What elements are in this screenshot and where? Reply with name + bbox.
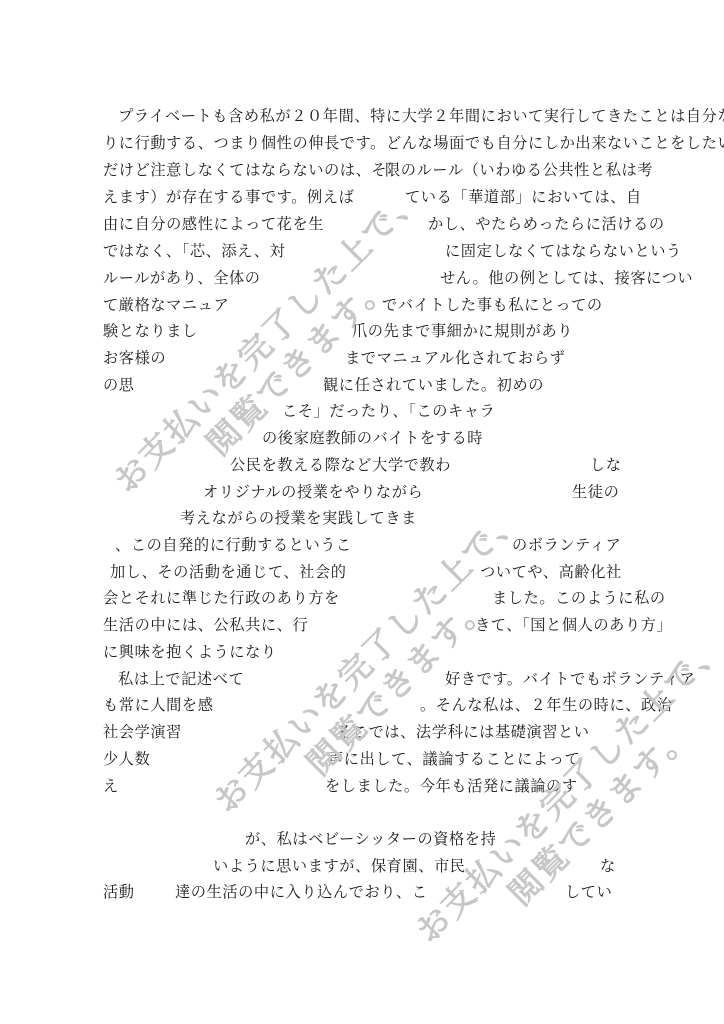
text-fragment: しな (590, 454, 622, 475)
text-line: 、この自発的に行動するというこのボランティア (0, 534, 724, 556)
text-fragment: に固定しなくてはならないという (445, 240, 682, 261)
text-line: 験となりまし爪の先まで事細かに規則があり (0, 320, 724, 342)
text-fragment: お客様の (103, 347, 166, 368)
text-fragment: きて、「国と個人のあり方」 (475, 614, 672, 635)
text-fragment: 社会学演習 (103, 721, 182, 742)
text-fragment: に興味を抱くようになり (103, 641, 277, 662)
text-line: も常に人間を感。そんな私は、２年生の時に、政治 (0, 694, 724, 716)
text-fragment: 声に出して、議論することによって (328, 748, 580, 769)
text-fragment: 限のルール（いわゆる公共性と私は考 (385, 159, 653, 180)
text-fragment: オリジナルの授業をやりながら (203, 481, 423, 502)
text-fragment: え (103, 775, 119, 796)
text-fragment: 験となりまし (103, 320, 198, 341)
text-fragment: 私は上で記述べて (118, 668, 244, 689)
text-fragment: 達の生活の中に入り込んでおり、こ (175, 881, 428, 902)
text-fragment: だけど注意しなくてはならないのは、そ (103, 159, 387, 180)
text-line: の後家庭教師のバイトをする時 (0, 427, 724, 449)
text-fragment: そこでは、法学科には基礎演習とい (337, 721, 590, 742)
text-fragment: て厳格なマニュア (103, 294, 229, 315)
text-fragment: ではなく、「芯、添え、対 (103, 240, 285, 261)
text-fragment: 活動 (103, 881, 135, 902)
text-line: 私は上で記述べて好きです。バイトでもボランティア (0, 668, 724, 690)
text-line: ルールがあり、全体のせん。他の例としては、接客につい (0, 267, 724, 289)
text-line: の思観に任されていました。初めの (0, 374, 724, 396)
text-fragment: してい (565, 881, 612, 902)
text-fragment: いように思いますが、保育園、市民 (213, 855, 466, 876)
text-line: 活動達の生活の中に入り込んでおり、こしてい (0, 881, 724, 903)
text-fragment: ました。このように私の (492, 587, 666, 608)
text-fragment: プライベートも含め私が２０年間、特に大学２年間において実行してきたことは自分な (118, 105, 724, 126)
text-line: が、私はベビーシッターの資格を持 (0, 828, 724, 850)
text-line: いように思いますが、保育園、市民な (0, 855, 724, 877)
text-fragment: かし、やたらめったらに活けるの (428, 213, 665, 234)
text-fragment: の思 (103, 374, 135, 395)
text-fragment: 加し、その活動を通じて、社会的 (110, 561, 347, 582)
text-line: 公民を教える際など大学で教わしな (0, 454, 724, 476)
text-fragment: 。そんな私は、２年生の時に、政治 (420, 694, 673, 715)
text-line: オリジナルの授業をやりながら生徒の (0, 481, 724, 503)
text-line: 考えながらの授業を実践してきま (0, 507, 724, 529)
text-fragment: 考えながらの授業を実践してきま (180, 507, 417, 528)
text-fragment: せん。他の例としては、接客につい (440, 267, 693, 288)
text-fragment: の後家庭教師のバイトをする時 (262, 427, 483, 448)
text-line: て厳格なマニュアでバイトした事も私にとっての (0, 294, 724, 316)
text-fragment: 観に任されていました。初めの (323, 374, 544, 395)
text-line: 加し、その活動を通じて、社会的ついてや、高齢化社 (0, 561, 724, 583)
text-fragment: 公民を教える際など大学で教わ (230, 454, 451, 475)
text-line: 社会学演習そこでは、法学科には基礎演習とい (0, 721, 724, 743)
text-fragment: 生活の中には、公私共に、行 (103, 614, 308, 635)
text-line: えをしました。今年も活発に議論のす (0, 775, 724, 797)
text-fragment: 生徒の (572, 481, 619, 502)
text-line: りに行動する、つまり個性の伸長です。どんな場面でも自分にしか出来ないことをしたい… (0, 132, 724, 154)
text-line: お客様のまでマニュアル化されておらず (0, 347, 724, 369)
text-fragment: までマニュアル化されておらず (345, 347, 565, 368)
text-line: ではなく、「芯、添え、対に固定しなくてはならないという (0, 240, 724, 262)
text-fragment: 、この自発的に行動するというこ (115, 534, 352, 555)
text-fragment: をしました。今年も活発に議論のす (325, 775, 578, 796)
text-fragment: 会とそれに準じた行政のあり方を (103, 587, 340, 608)
text-fragment: ている「華道部」においては、自 (405, 186, 642, 207)
document-page: プライベートも含め私が２０年間、特に大学２年間において実行してきたことは自分なり… (0, 0, 724, 1024)
text-line: えます）が存在する事です。例えばている「華道部」においては、自 (0, 186, 724, 208)
text-fragment: えます）が存在する事です。例えば (103, 186, 354, 207)
text-fragment: 少人数 (103, 748, 150, 769)
text-fragment: も常に人間を感 (103, 694, 214, 715)
text-line: だけど注意しなくてはならないのは、そ限のルール（いわゆる公共性と私は考 (0, 159, 724, 181)
text-fragment: ついてや、高齢化社 (480, 561, 622, 582)
text-fragment: が、私はベビーシッターの資格を持 (245, 828, 496, 849)
text-line: こそ」だったり、「このキャラ (0, 400, 724, 422)
text-line: 生活の中には、公私共に、行きて、「国と個人のあり方」 (0, 614, 724, 636)
text-line: に興味を抱くようになり (0, 641, 724, 663)
text-fragment: のボランティア (512, 534, 621, 555)
text-fragment: 爪の先まで事細かに規則があり (352, 320, 573, 341)
text-line: プライベートも含め私が２０年間、特に大学２年間において実行してきたことは自分な (0, 105, 724, 127)
text-fragment: 由に自分の感性によって花を生 (103, 213, 324, 234)
text-fragment: りに行動する、つまり個性の伸長です。どんな場面でも自分にしか出来ないことをしたい… (103, 132, 724, 153)
text-fragment: でバイトした事も私にとっての (382, 294, 603, 315)
text-fragment: ルールがあり、全体の (103, 267, 261, 288)
text-line: 少人数声に出して、議論することによって (0, 748, 724, 770)
text-fragment: な (600, 855, 616, 876)
text-line: 由に自分の感性によって花を生かし、やたらめったらに活けるの (0, 213, 724, 235)
text-line: 会とそれに準じた行政のあり方をました。このように私の (0, 587, 724, 609)
text-fragment: こそ」だったり、「このキャラ (282, 400, 495, 421)
text-fragment: 好きです。バイトでもボランティア (445, 668, 695, 689)
